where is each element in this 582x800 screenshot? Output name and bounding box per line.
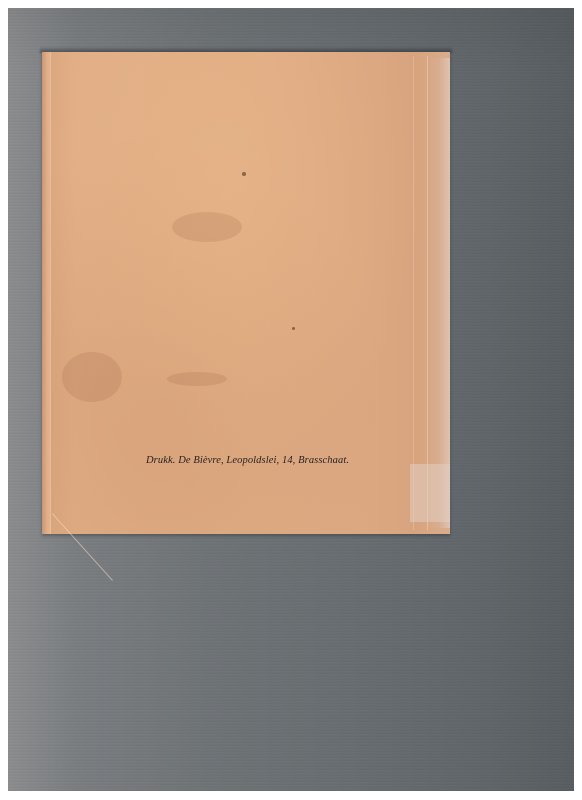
booklet-back-cover: Drukk. De Bièvre, Leopoldslei, 14, Brass… (42, 52, 450, 534)
worn-right-edge (428, 58, 450, 528)
stain (62, 352, 122, 402)
spine-edge (42, 52, 51, 534)
stain (167, 372, 227, 386)
stain (292, 327, 295, 330)
fold-line (413, 56, 414, 530)
stain (242, 172, 246, 176)
printer-imprint: Drukk. De Bièvre, Leopoldslei, 14, Brass… (146, 455, 406, 466)
stain (172, 212, 242, 242)
worn-patch (410, 464, 450, 522)
